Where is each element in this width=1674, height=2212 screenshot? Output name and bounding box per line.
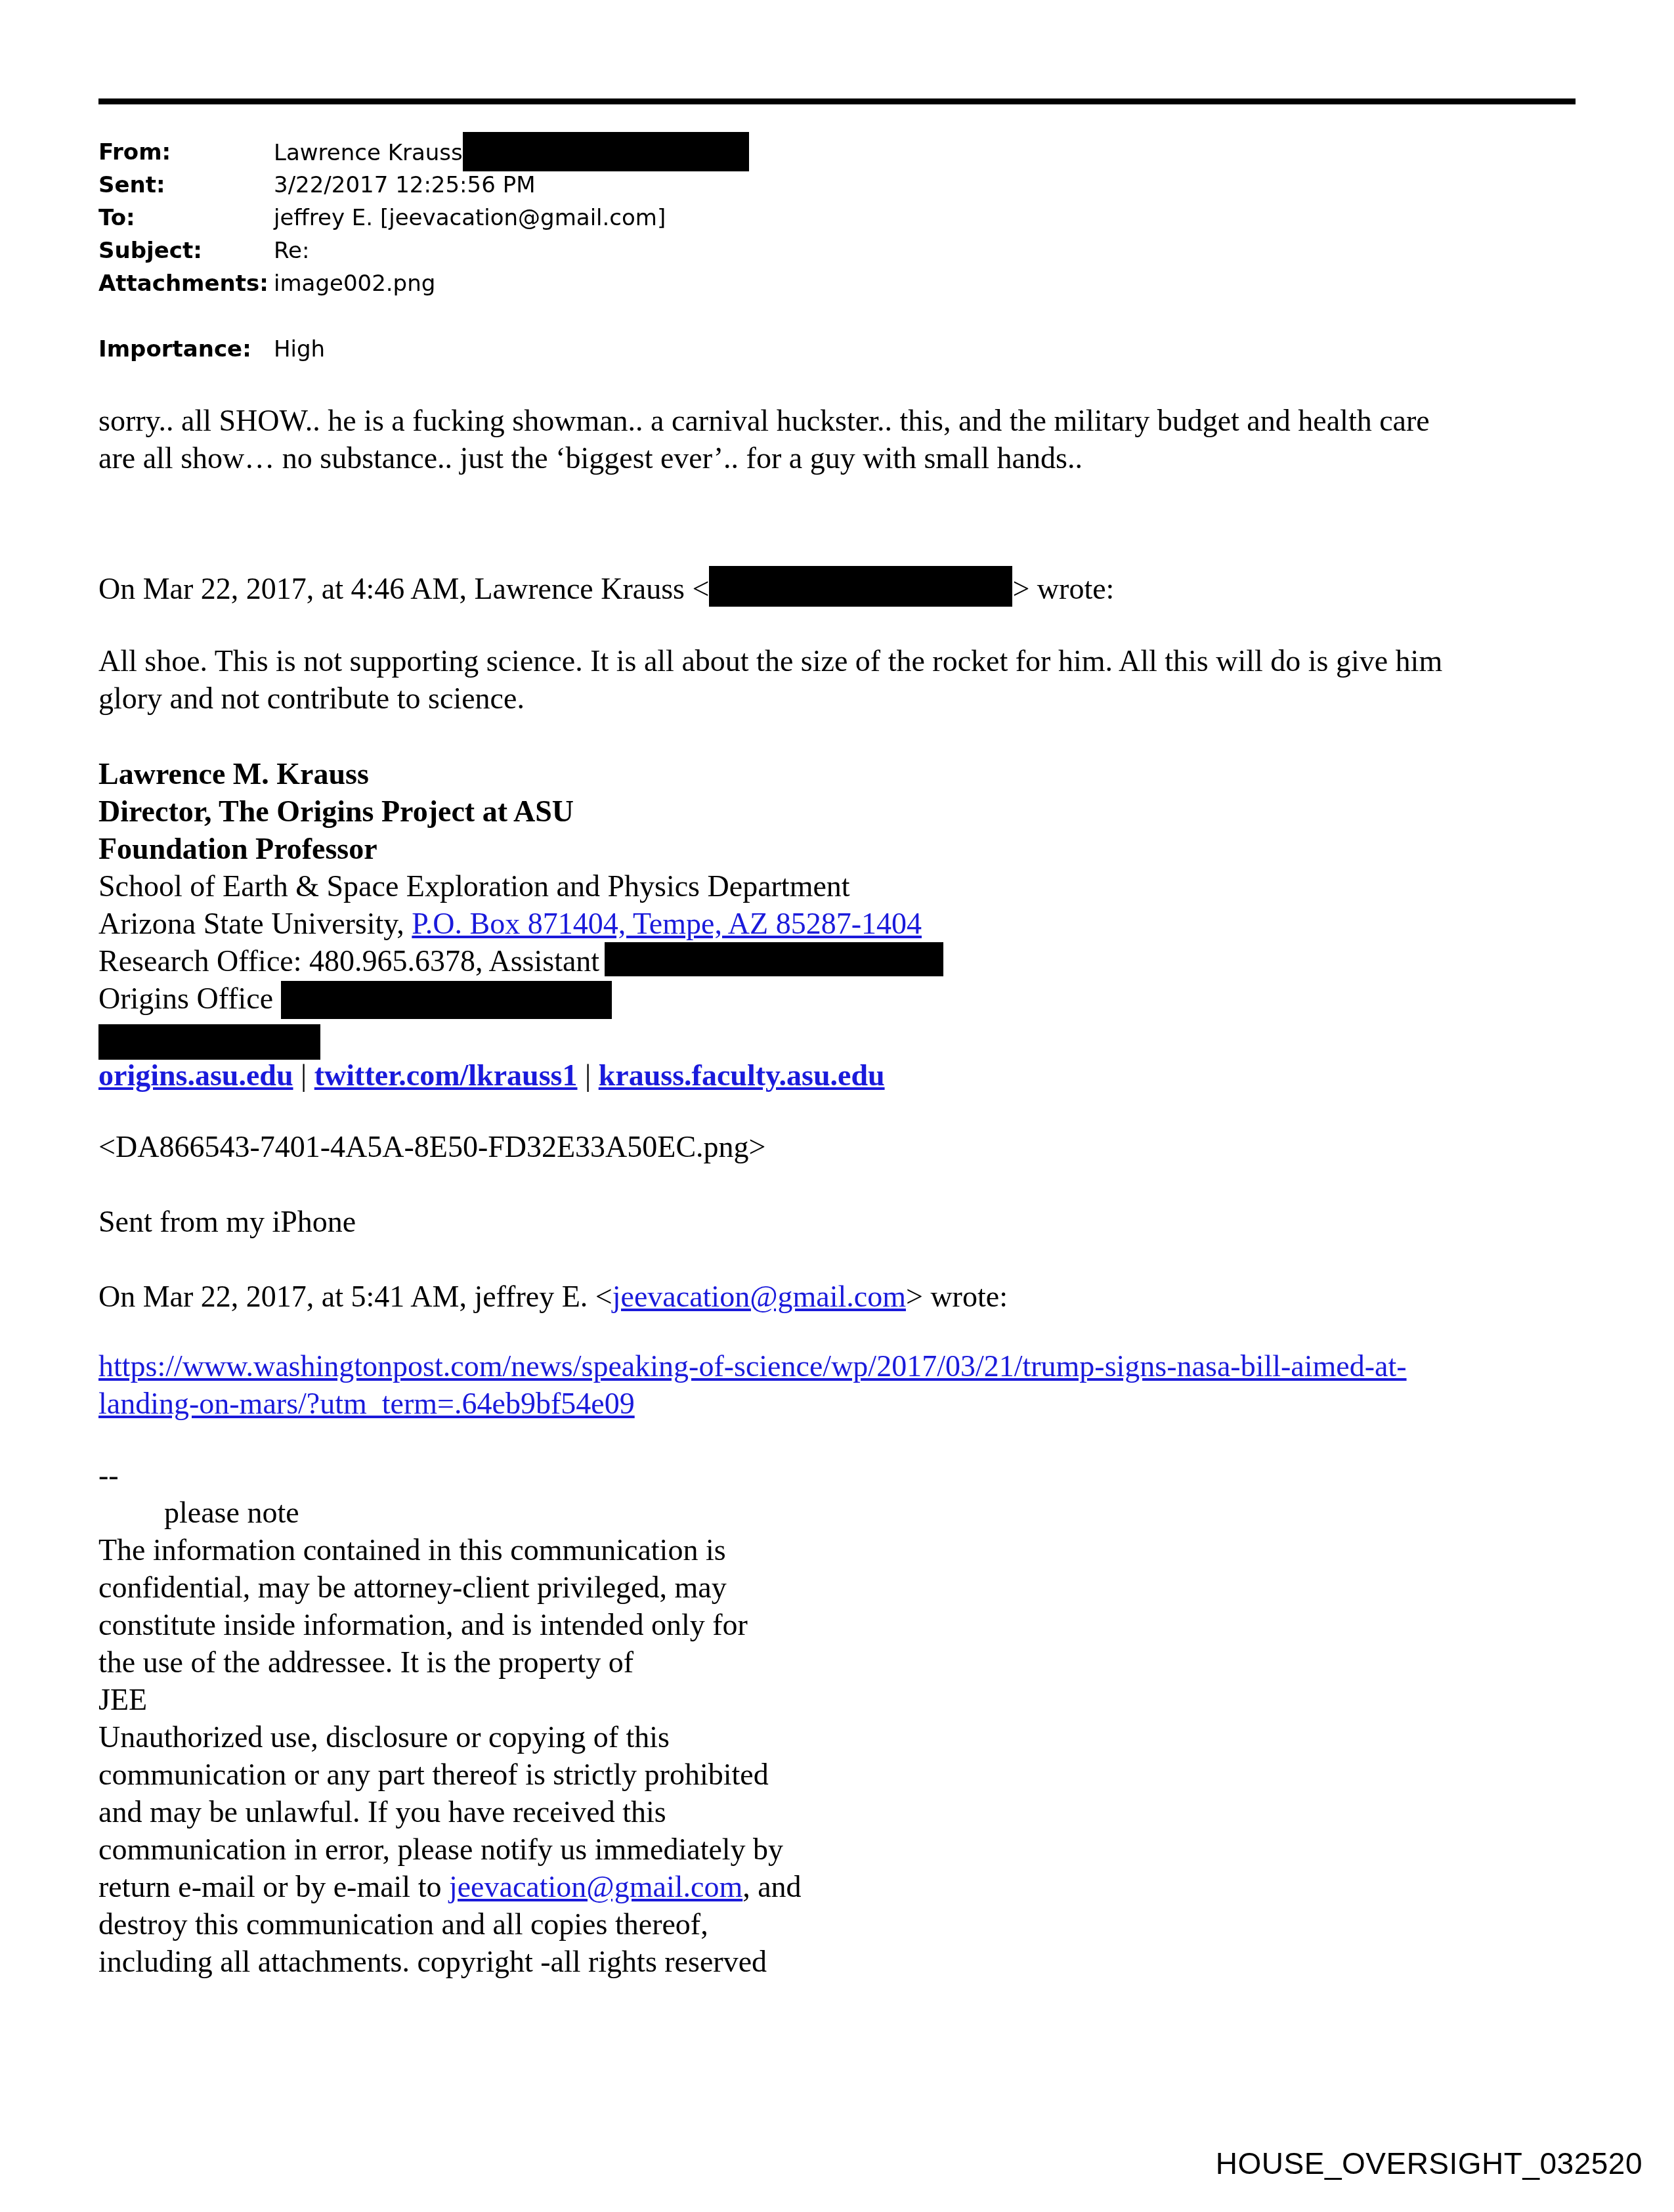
header-to-row: To: jeffrey E. [jeevacation@gmail.com] — [98, 202, 749, 234]
header-attachments-row: Attachments: image002.png — [98, 267, 749, 300]
signature-origins-office: Origins Office — [98, 980, 943, 1019]
header-importance-row: Importance: High — [98, 333, 749, 366]
disclaimer-line: confidential, may be attorney-client pri… — [98, 1569, 802, 1606]
signature-redacted-line — [98, 1019, 943, 1056]
reply-line: sorry.. all SHOW.. he is a fucking showm… — [98, 402, 1430, 439]
disclaimer-line: communication or any part thereof is str… — [98, 1756, 802, 1793]
disclaimer-line: and may be unlawful. If you have receive… — [98, 1793, 802, 1831]
quote1-intro-prefix: On Mar 22, 2017, at 4:46 AM, Lawrence Kr… — [98, 572, 709, 605]
importance-value: High — [274, 333, 325, 366]
attachments-label: Attachments: — [98, 267, 274, 300]
quote1-intro: On Mar 22, 2017, at 4:46 AM, Lawrence Kr… — [98, 566, 1114, 607]
signature-title-director: Director, The Origins Project at ASU — [98, 792, 943, 830]
signature-research-office: Research Office: 480.965.6378, Assistant — [98, 942, 943, 980]
article-url-link[interactable]: https://www.washingtonpost.com/news/spea… — [98, 1349, 1407, 1383]
quote2-email-link[interactable]: jeevacation@gmail.com — [612, 1280, 906, 1313]
signature-university: Arizona State University, P.O. Box 87140… — [98, 905, 943, 942]
signature-name: Lawrence M. Krauss — [98, 755, 943, 792]
from-value: Lawrence Krauss — [274, 136, 749, 169]
origins-office-text: Origins Office — [98, 982, 273, 1015]
disclaimer-line: destroy this communication and all copie… — [98, 1905, 802, 1943]
twitter-link[interactable]: twitter.com/lkrauss1 — [314, 1058, 578, 1092]
bates-number: HOUSE_OVERSIGHT_032520 — [1216, 2146, 1642, 2181]
sent-from-text: Sent from my iPhone — [98, 1203, 356, 1240]
quote1-line: glory and not contribute to science. — [98, 680, 1442, 717]
from-name: Lawrence Krauss — [274, 140, 463, 166]
please-note: please note — [98, 1494, 802, 1531]
redaction-box — [605, 942, 943, 976]
article-url-link-continued[interactable]: landing-on-mars/?utm_term=.64eb9bf54e09 — [98, 1387, 635, 1420]
signature-dashes: -- — [98, 1456, 802, 1494]
attachment-reference: <DA866543-7401-4A5A-8E50-FD32E33A50EC.pn… — [98, 1128, 766, 1165]
quote2-url: https://www.washingtonpost.com/news/spea… — [98, 1347, 1407, 1422]
reply-line: are all show… no substance.. just the ‘b… — [98, 439, 1430, 477]
to-value: jeffrey E. [jeevacation@gmail.com] — [274, 202, 666, 234]
header-subject-row: Subject: Re: — [98, 234, 749, 267]
redaction-box — [281, 981, 612, 1019]
disclaimer-line: including all attachments. copyright -al… — [98, 1943, 802, 1980]
signature: Lawrence M. Krauss Director, The Origins… — [98, 755, 943, 1094]
reply-body: sorry.. all SHOW.. he is a fucking showm… — [98, 402, 1430, 477]
signature-department: School of Earth & Space Exploration and … — [98, 867, 943, 905]
quote1-body: All shoe. This is not supporting science… — [98, 642, 1442, 717]
attachment-ref-text: <DA866543-7401-4A5A-8E50-FD32E33A50EC.pn… — [98, 1128, 766, 1165]
link-separator: | — [585, 1058, 591, 1092]
address-link[interactable]: P.O. Box 871404, Tempe, AZ 85287-1404 — [412, 907, 922, 940]
origins-link[interactable]: origins.asu.edu — [98, 1058, 293, 1092]
sent-from: Sent from my iPhone — [98, 1203, 356, 1240]
header-sent-row: Sent: 3/22/2017 12:25:56 PM — [98, 169, 749, 202]
quote2-intro: On Mar 22, 2017, at 5:41 AM, jeffrey E. … — [98, 1278, 1008, 1315]
header-from-row: From: Lawrence Krauss — [98, 136, 749, 169]
disclaimer-return-line: return e-mail or by e-mail to jeevacatio… — [98, 1868, 802, 1905]
sent-label: Sent: — [98, 169, 274, 202]
faculty-link[interactable]: krauss.faculty.asu.edu — [599, 1058, 885, 1092]
link-separator: | — [301, 1058, 307, 1092]
sent-value: 3/22/2017 12:25:56 PM — [274, 169, 536, 202]
redaction-box — [463, 132, 749, 171]
disclaimer-line: JEE — [98, 1681, 802, 1718]
redaction-box — [709, 566, 1012, 607]
signature-links: origins.asu.edu | twitter.com/lkrauss1 |… — [98, 1056, 943, 1094]
from-label: From: — [98, 136, 274, 169]
subject-value: Re: — [274, 234, 309, 267]
redaction-box — [98, 1024, 320, 1060]
quote1-line: All shoe. This is not supporting science… — [98, 642, 1442, 680]
quote2-intro-suffix: > wrote: — [906, 1280, 1008, 1313]
disclaimer-email-link[interactable]: jeevacation@gmail.com — [449, 1870, 742, 1903]
disclaimer-line: the use of the addressee. It is the prop… — [98, 1643, 802, 1681]
header-rule — [98, 98, 1576, 104]
disclaimer: -- please note The information contained… — [98, 1456, 802, 1980]
disclaimer-line: constitute inside information, and is in… — [98, 1606, 802, 1643]
disclaimer-line: Unauthorized use, disclosure or copying … — [98, 1718, 802, 1756]
importance-label: Importance: — [98, 333, 274, 366]
return-suffix: , and — [742, 1870, 801, 1903]
subject-label: Subject: — [98, 234, 274, 267]
university-name: Arizona State University, — [98, 907, 412, 940]
research-office-text: Research Office: 480.965.6378, Assistant — [98, 944, 599, 978]
disclaimer-line: The information contained in this commun… — [98, 1531, 802, 1569]
return-prefix: return e-mail or by e-mail to — [98, 1870, 449, 1903]
disclaimer-line: communication in error, please notify us… — [98, 1831, 802, 1868]
email-header: From: Lawrence Krauss Sent: 3/22/2017 12… — [98, 136, 749, 366]
quote2-intro-prefix: On Mar 22, 2017, at 5:41 AM, jeffrey E. … — [98, 1280, 612, 1313]
attachment-file[interactable]: image002.png — [274, 267, 435, 300]
signature-title-professor: Foundation Professor — [98, 830, 943, 867]
to-label: To: — [98, 202, 274, 234]
quote1-intro-suffix: > wrote: — [1012, 572, 1114, 605]
